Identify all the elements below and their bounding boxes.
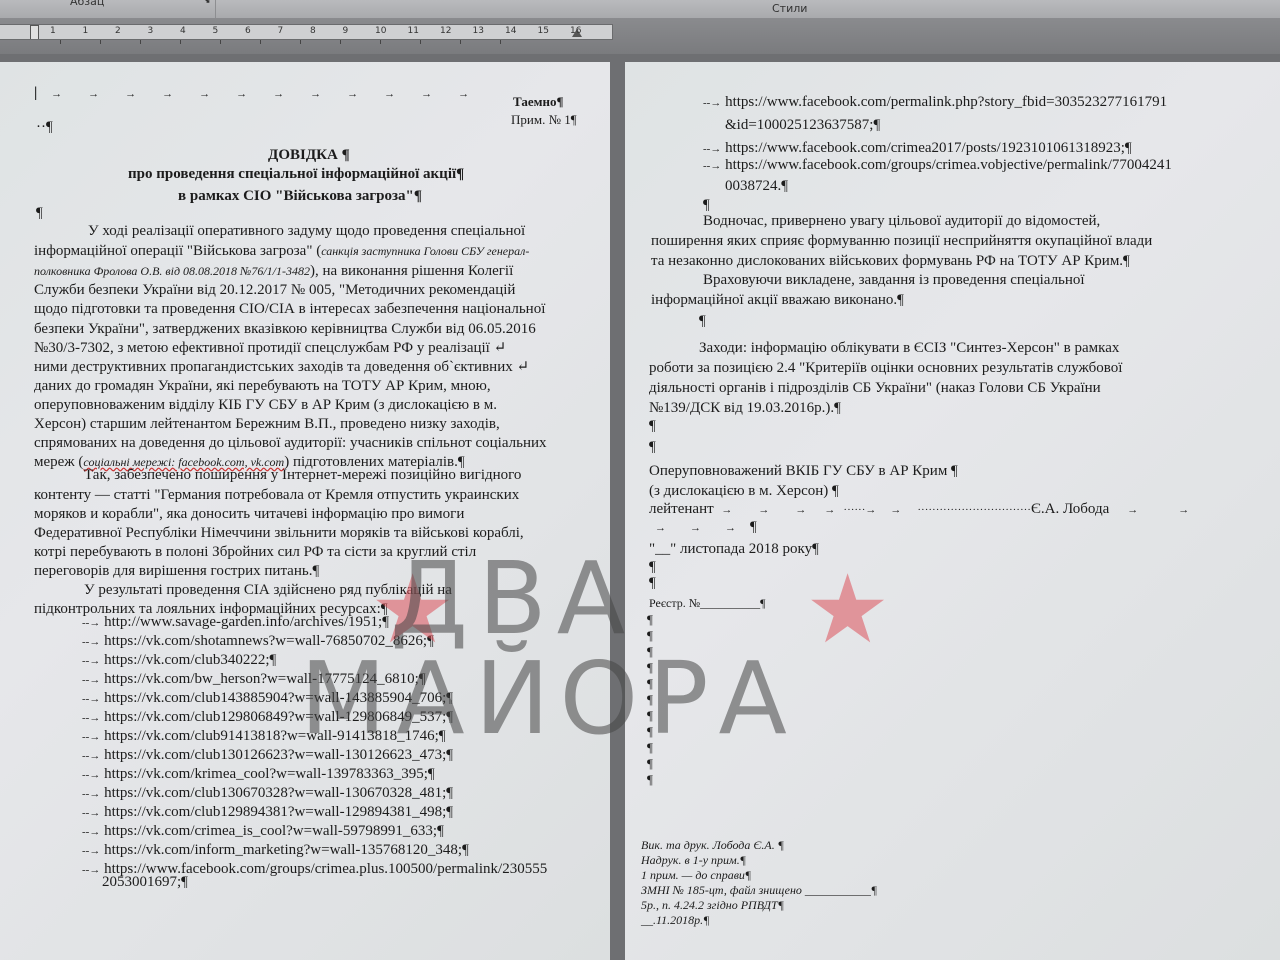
measures-line: роботи за позицією 2.4 "Критеріїв оцінки… xyxy=(649,359,1122,378)
tab-arrow-icon: --→ xyxy=(82,807,100,819)
horizontal-ruler[interactable]: 112345678910111213141516 xyxy=(0,24,613,40)
tab-arrow-icon: --→ xyxy=(82,731,100,743)
tab-arrow-icon: --→ xyxy=(82,769,100,781)
link-item[interactable]: --→ https://www.facebook.com/permalink.p… xyxy=(703,94,1167,111)
sanction-note: санкція заступника Голови СБУ генерал- xyxy=(321,244,529,258)
body-line: Водночас, привернено увагу цільової ауди… xyxy=(703,212,1100,231)
document-subtitle-2: в рамках СІО "Військова загроза"¶ xyxy=(178,187,422,206)
measures-line: Заходи: інформацію облікувати в ЄСІЗ "Си… xyxy=(699,339,1119,358)
link-item[interactable]: --→ https://vk.com/inform_marketing?w=wa… xyxy=(82,842,469,859)
paragraph-group-label: Абзац xyxy=(70,0,104,8)
ruler-tick: 4 xyxy=(180,26,186,36)
tab-stops xyxy=(0,40,612,46)
ruler-tick: 14 xyxy=(505,26,516,36)
signature-name: Є.А. Лобода xyxy=(1031,501,1109,517)
signature-rank: лейтенант xyxy=(649,501,714,517)
empty-paragraph: ¶ xyxy=(647,770,653,789)
ruler-tick: 7 xyxy=(278,26,284,36)
link-item[interactable]: --→ https://vk.com/club340222;¶ xyxy=(82,652,276,669)
tab-arrow-icon: --→ xyxy=(82,693,100,705)
link-item[interactable]: --→ https://vk.com/club91413818?w=wall-9… xyxy=(82,728,446,745)
link-continuation: &id=100025123637587;¶ xyxy=(725,117,880,134)
ruler-tick: 13 xyxy=(473,26,484,36)
link-item[interactable]: --→ https://www.facebook.com/crimea2017/… xyxy=(703,140,1132,157)
body-line: інформаційної акції вважаю виконано.¶ xyxy=(651,291,904,310)
ruler-tick: 9 xyxy=(343,26,349,36)
ruler-tick: 8 xyxy=(310,26,316,36)
document-subtitle-1: про проведення спеціальної інформаційної… xyxy=(128,165,464,184)
tab-arrow-icon: --→ xyxy=(82,750,100,762)
link-item[interactable]: --→ https://vk.com/club130126623?w=wall-… xyxy=(82,747,453,764)
body-line: контенту — статті "Германия потребовала … xyxy=(34,486,519,505)
link-item[interactable]: --→ http://www.savage-garden.info/archiv… xyxy=(82,614,389,631)
body-line: оперуповноваженим відділу КІБ ГУ СБУ в А… xyxy=(34,396,497,415)
signature-line: лейтенант →→→→······→→··················… xyxy=(649,500,1189,520)
footer-line: __.11.2018р.¶ xyxy=(641,911,709,930)
body-line: У ході реалізації оперативного задуму що… xyxy=(88,222,525,241)
dialog-launcher-icon[interactable]: ⬊ xyxy=(203,0,211,6)
link-continuation: 0038724.¶ xyxy=(725,178,788,195)
ruler-tick: 6 xyxy=(245,26,251,36)
empty-paragraph: ··¶ xyxy=(36,118,53,137)
body-line: спрямованих на доведення до цільової ауд… xyxy=(34,434,547,453)
tab-arrow-icon: --→ xyxy=(82,864,100,876)
ruler-tick: 15 xyxy=(538,26,549,36)
signature-location: (з дислокацією в м. Херсон) ¶ xyxy=(649,482,839,501)
indent-marker-icon[interactable] xyxy=(30,25,39,40)
link-item[interactable]: --→ https://vk.com/bw_herson?w=wall-1777… xyxy=(82,671,426,688)
body-line: даних до громадян України, які перебуваю… xyxy=(34,377,491,396)
body-line: інформаційної операції "Військова загроз… xyxy=(34,242,529,261)
empty-paragraph: ¶ xyxy=(36,204,43,223)
ruler-tick: 16 xyxy=(570,26,581,36)
body-line: №30/3-7302, з метою ефективної протидії … xyxy=(34,339,506,358)
classification-label: Таемно¶ xyxy=(513,92,563,111)
link-item[interactable]: --→ https://vk.com/club130670328?w=wall-… xyxy=(82,785,453,802)
ruler-tick: 2 xyxy=(115,26,121,36)
styles-group-label: Стили xyxy=(772,2,807,15)
ruler-tick: 1 xyxy=(83,26,89,36)
ruler-tick: 3 xyxy=(148,26,154,36)
tab-arrow-icon: --→ xyxy=(82,826,100,838)
empty-paragraph: ¶ xyxy=(649,438,656,457)
ruler-tick: 5 xyxy=(213,26,219,36)
signature-date: "__" листопада 2018 року¶ xyxy=(649,540,819,559)
tab-arrow-icon: --→ xyxy=(82,788,100,800)
empty-paragraph: ¶ xyxy=(649,574,656,593)
empty-paragraph: ¶ xyxy=(699,312,706,331)
body-line: У результаті проведення СІА здійснено ря… xyxy=(84,581,452,600)
empty-paragraph: ¶ xyxy=(649,417,656,436)
body-line: щодо підготовки та проведення СІО/СІА в … xyxy=(34,300,545,319)
document-title: ДОВІДКА ¶ xyxy=(268,146,350,165)
link-continuation: 2053001697;¶ xyxy=(102,874,188,891)
ruler-tick: 10 xyxy=(375,26,386,36)
page-right[interactable]: --→ https://www.facebook.com/permalink.p… xyxy=(625,62,1280,960)
tab-arrow-icon: --→ xyxy=(82,655,100,667)
tab-arrow-icon: --→ xyxy=(82,712,100,724)
ruler-tick: 1 xyxy=(50,26,56,36)
body-line: Так, забезпечено поширення у Інтернет-ме… xyxy=(84,466,521,485)
ribbon: Абзац ⬊ Стили xyxy=(0,0,1280,19)
link-item[interactable]: --→ https://vk.com/crimea_is_cool?w=wall… xyxy=(82,823,444,840)
body-line: Враховуючи викладене, завдання із провед… xyxy=(703,271,1085,290)
body-line: полковника Фролова О.В. від 08.08.2018 №… xyxy=(34,262,513,281)
body-line: безпеки України", затверджених вказівкою… xyxy=(34,320,536,339)
tab-arrows: →→→¶ xyxy=(655,518,757,538)
link-item[interactable]: --→ https://vk.com/club143885904?w=wall-… xyxy=(82,690,453,707)
signature-position: Оперуповноважений ВКІБ ГУ СБУ в АР Крим … xyxy=(649,462,958,481)
page-left[interactable]: | →→→→→→→→→→→→ Таемно¶ Прим. № 1¶ ··¶ ДО… xyxy=(0,62,610,960)
ruler-tick: 12 xyxy=(440,26,451,36)
measures-line: №139/ДСК від 19.03.2016р.).¶ xyxy=(649,399,841,418)
body-line: моряков и корабли", яка доносить читачев… xyxy=(34,505,464,524)
tab-arrow-icon: --→ xyxy=(82,845,100,857)
body-line: переговорів для вирішення гострих питань… xyxy=(34,562,319,581)
tab-arrow-icon: --→ xyxy=(82,617,100,629)
link-item[interactable]: --→ https://vk.com/club129894381?w=wall-… xyxy=(82,804,453,821)
body-line: Федеративної Республіки Німеччини звільн… xyxy=(34,524,524,543)
body-line: та незаконно дислокованих військових фор… xyxy=(651,252,1130,271)
body-line: Херсон) старшим лейтенантом Бережним В.П… xyxy=(34,415,500,434)
body-line: поширення яких сприяє формуванню позиції… xyxy=(651,232,1152,251)
link-item[interactable]: --→ https://vk.com/club129806849?w=wall-… xyxy=(82,709,453,726)
body-line: Служби безпеки України від 20.12.2017 № … xyxy=(34,281,515,300)
ruler-area: 112345678910111213141516 xyxy=(0,18,1280,54)
copy-number: Прим. № 1¶ xyxy=(511,110,577,129)
ribbon-separator xyxy=(215,0,216,18)
tab-arrow-icon: --→ xyxy=(82,674,100,686)
ruler-tick: 11 xyxy=(408,26,419,36)
link-item[interactable]: --→ https://www.facebook.com/groups/crim… xyxy=(703,157,1172,174)
body-line: ними деструктивних пропагандистських зах… xyxy=(34,358,529,377)
tab-arrow-icon: --→ xyxy=(82,636,100,648)
link-item[interactable]: --→ https://vk.com/shotamnews?w=wall-768… xyxy=(82,633,434,650)
body-line: котрі перебувають в полоні Збройних сил … xyxy=(34,543,476,562)
registry-number: Реєстр. №__________¶ xyxy=(649,594,766,613)
link-item[interactable]: --→ https://vk.com/krimea_cool?w=wall-13… xyxy=(82,766,435,783)
tab-arrows: | →→→→→→→→→→→→ xyxy=(34,84,469,104)
measures-line: діяльності органів і підрозділів СБ Укра… xyxy=(649,379,1101,398)
